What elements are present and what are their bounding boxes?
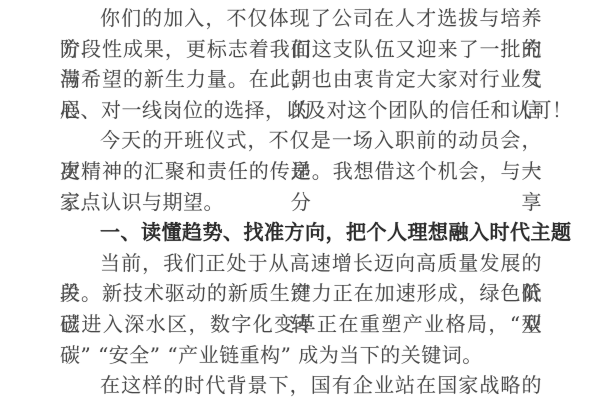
paragraph-line: 你们的加入，不仅体现了公司在人才选拔与培养方面的 xyxy=(60,3,542,34)
paragraph-line: 在这样的时代背景下，国有企业站在国家战略的最前 xyxy=(60,370,542,400)
paragraph-line: 段。新技术驱动的新质生产力正在加速形成，绿色低碳转型 xyxy=(60,278,542,309)
paragraph-line: 阶段性成果，更标志着我们这支队伍又迎来了一批充满朝气 xyxy=(60,34,542,65)
paragraph-line: 今天的开班仪式，不仅是一场入职前的动员会，更是一 xyxy=(60,125,542,156)
paragraph-line: 心、对一线岗位的选择，以及对这个团队的信任和认可！ xyxy=(60,95,542,126)
document-text-block: 你们的加入，不仅体现了公司在人才选拔与培养方面的 阶段性成果，更标志着我们这支队… xyxy=(60,3,542,400)
paragraph-line: 已进入深水区，数字化变革正在重塑产业格局，“双 xyxy=(60,309,542,340)
paragraph-line: 碳” “安全” “产业链重构” 成为当下的关键词。 xyxy=(60,340,542,371)
paragraph-line: 当前，我们正处于从高速增长迈向高质量发展的关键阶 xyxy=(60,248,542,279)
section-heading: 一、读懂趋势、找准方向，把个人理想融入时代主题 xyxy=(60,217,542,248)
document-page: 你们的加入，不仅体现了公司在人才选拔与培养方面的 阶段性成果，更标志着我们这支队… xyxy=(0,0,600,400)
paragraph-line: 次精神的汇聚和责任的传递。我想借这个机会，与大家分享 xyxy=(60,156,542,187)
paragraph-line: 与希望的新生力量。在此，也由衷肯定大家对行业发展的信 xyxy=(60,64,542,95)
